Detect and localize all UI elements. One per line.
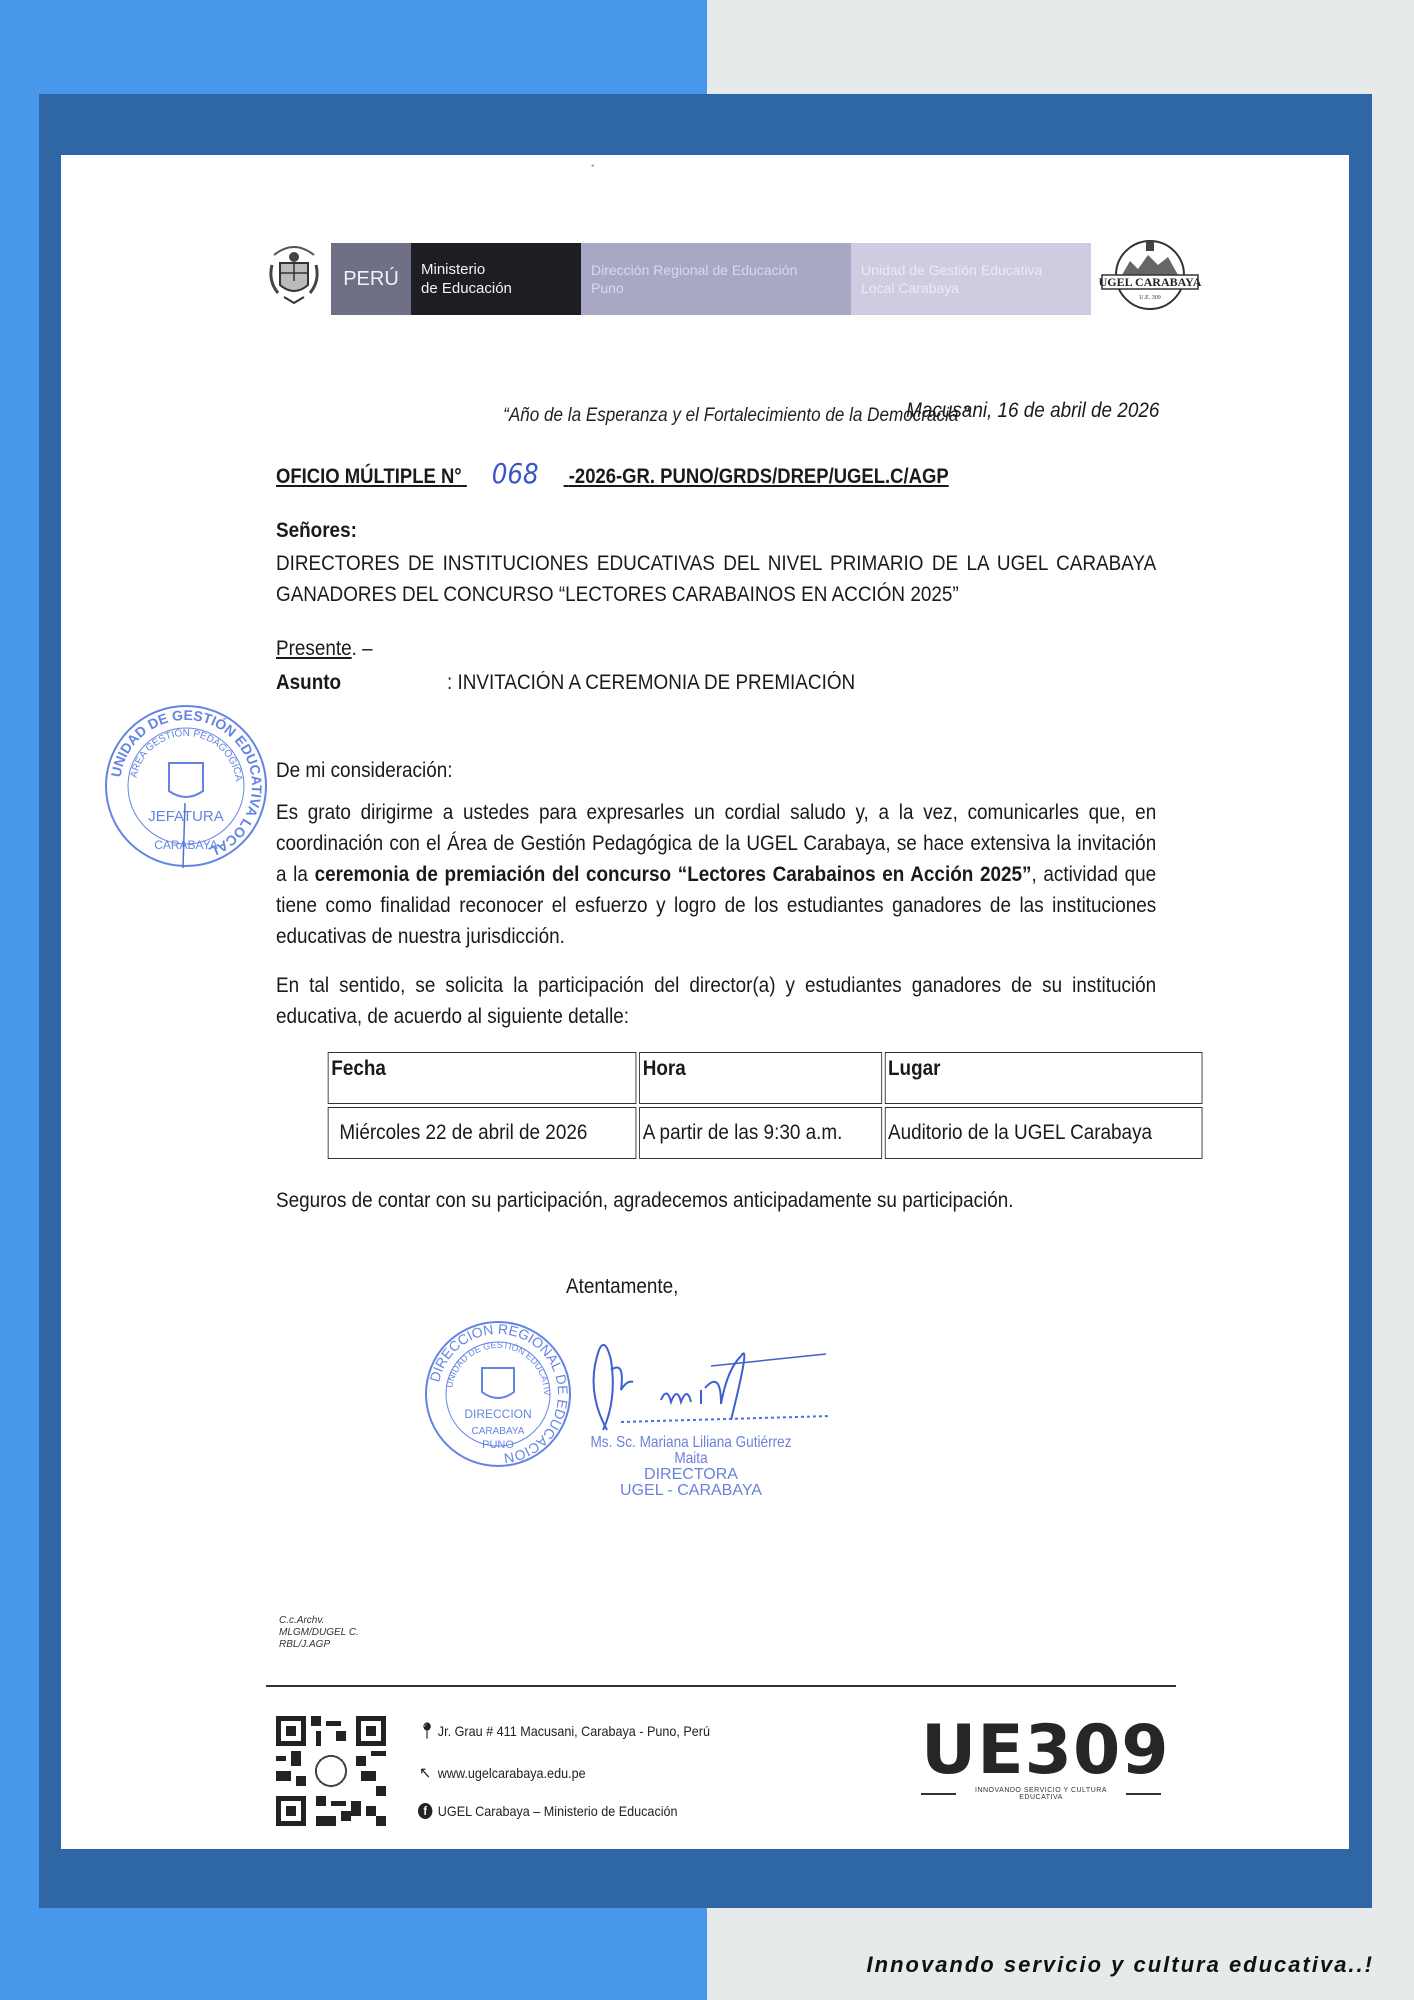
footer-website[interactable]: ↖ www.ugelcarabaya.edu.pe: [418, 1763, 586, 1783]
document-page: • PERÚ Ministerio de Educación Dirección…: [61, 155, 1349, 1849]
oficio-number: 068: [467, 457, 564, 490]
ugel-line1: Unidad de Gestión Educativa: [861, 261, 1091, 279]
farewell: Atentamente,: [566, 1275, 678, 1299]
presente-word: Presente: [276, 637, 352, 660]
signatory-office: UGEL - CARABAYA: [561, 1483, 821, 1499]
stamp-left-bottom: CARABAYA: [154, 838, 218, 852]
table-cell-time: A partir de las 9:30 a.m.: [639, 1107, 882, 1159]
ugel-logo-text: UGEL CARABAYA: [1099, 275, 1202, 289]
table-header: Fecha: [328, 1052, 637, 1104]
paragraph-1: Es grato dirigirme a ustedes para expres…: [276, 797, 1156, 952]
addressee: DIRECTORES DE INSTITUCIONES EDUCATIVAS D…: [276, 548, 1156, 610]
banner-dre: Dirección Regional de Educación Puno: [581, 243, 851, 315]
signatory-name: Ms. Sc. Mariana Liliana Gutiérrez Maita: [581, 1435, 802, 1467]
coat-of-arms-icon: [266, 241, 322, 307]
subject-value: : INVITACIÓN A CEREMONIA DE PREMIACIÓN: [447, 671, 855, 694]
ue309-logo: UE309: [921, 1715, 1161, 1787]
closing-line: Seguros de contar con su participación, …: [276, 1185, 1156, 1216]
ugel-logo-sub: U.E. 309: [1139, 295, 1161, 301]
address-text: Jr. Grau # 411 Macusani, Carabaya - Puno…: [438, 1723, 710, 1739]
banner-ministry: Ministerio de Educación: [411, 243, 581, 315]
tagline-bar: [1126, 1793, 1161, 1795]
ministry-banner: PERÚ Ministerio de Educación Dirección R…: [331, 243, 1091, 315]
signatory-position: DIRECTORA: [561, 1467, 821, 1483]
page-tagline: Innovando servicio y cultura educativa..…: [867, 1952, 1374, 1978]
website-link[interactable]: www.ugelcarabaya.edu.pe: [438, 1765, 586, 1781]
salutation: Señores:: [276, 515, 1156, 546]
facebook-icon: f: [418, 1803, 432, 1819]
handwritten-signature-icon: [581, 1330, 841, 1440]
signatory-block: Ms. Sc. Mariana Liliana Gutiérrez Maita …: [561, 1435, 821, 1499]
dre-line1: Dirección Regional de Educación: [591, 261, 851, 279]
footer-address: 📍︎ Jr. Grau # 411 Macusani, Carabaya - P…: [418, 1721, 710, 1741]
ue309-tagline: INNOVANDO SERVICIO Y CULTURA EDUCATIVA: [962, 1787, 1119, 1801]
table-cell-place: Auditorio de la UGEL Carabaya: [884, 1107, 1202, 1159]
cc-line: RBL/J.AGP: [279, 1639, 359, 1651]
carbon-copy: C.c.Archv. MLGM/DUGEL C. RBL/J.AGP: [279, 1615, 359, 1651]
place-date: Macusani, 16 de abril de 2026: [906, 399, 1159, 423]
facebook-text: UGEL Carabaya – Ministerio de Educación: [438, 1803, 678, 1819]
table-cell-date: Miércoles 22 de abril de 2026: [328, 1107, 637, 1159]
map-pin-icon: 📍︎: [418, 1721, 432, 1741]
stamp-sig-center: DIRECCION: [464, 1407, 531, 1421]
letterhead: PERÚ Ministerio de Educación Dirección R…: [266, 235, 1206, 315]
stamp-sig-bottom2: PUNO: [482, 1439, 514, 1451]
oficio-reference: OFICIO MÚLTIPLE N° 068 -2026-GR. PUNO/GR…: [276, 457, 949, 490]
footer-facebook[interactable]: f UGEL Carabaya – Ministerio de Educació…: [418, 1803, 678, 1819]
event-details-table: Fecha Hora Lugar Miércoles 22 de abril d…: [325, 1049, 1205, 1162]
ugel-carabaya-logo-icon: UGEL CARABAYA U.E. 309: [1096, 235, 1204, 315]
table-header-row: Fecha Hora Lugar: [328, 1052, 1203, 1104]
table-header: Lugar: [884, 1052, 1202, 1104]
subject-label: Asunto: [276, 667, 447, 698]
presente-suffix: . –: [352, 637, 373, 660]
stamp-sig-bottom1: CARABAYA: [472, 1426, 525, 1437]
table-header: Hora: [639, 1052, 882, 1104]
presente-line: Presente. –: [276, 633, 1156, 664]
footer-divider: [266, 1685, 1176, 1687]
ugel-line2: Local Carabaya: [861, 279, 1091, 297]
jefatura-stamp-icon: UNIDAD DE GESTIÓN EDUCATIVA LOCAL ÁREA G…: [103, 703, 269, 869]
tagline-bar: [921, 1793, 956, 1795]
paragraph-2: En tal sentido, se solicita la participa…: [276, 970, 1156, 1032]
oficio-suffix: -2026-GR. PUNO/GRDS/DREP/UGEL.C/AGP: [569, 465, 949, 488]
ministry-line1: Ministerio: [421, 260, 581, 279]
table-row: Miércoles 22 de abril de 2026 A partir d…: [328, 1107, 1203, 1159]
dre-line2: Puno: [591, 279, 851, 297]
direccion-stamp-icon: DIRECCIÓN REGIONAL DE EDUCACIÓN UNIDAD D…: [424, 1320, 572, 1468]
stamp-left-center: JEFATURA: [148, 808, 224, 825]
scan-mark: •: [591, 161, 597, 167]
ue309-brand: UE309 INNOVANDO SERVICIO Y CULTURA EDUCA…: [921, 1715, 1161, 1801]
consideration: De mi consideración:: [276, 755, 1156, 786]
paragraph-1-bold: ceremonia de premiación del concurso “Le…: [315, 863, 1032, 886]
ministry-line2: de Educación: [421, 279, 581, 298]
oficio-prefix: OFICIO MÚLTIPLE N°: [276, 465, 462, 488]
cc-line: C.c.Archv.: [279, 1615, 359, 1627]
banner-ugel: Unidad de Gestión Educativa Local Caraba…: [851, 243, 1091, 315]
subject-line: Asunto: INVITACIÓN A CEREMONIA DE PREMIA…: [276, 667, 1156, 698]
cursor-icon: ↖: [418, 1763, 432, 1783]
cc-line: MLGM/DUGEL C.: [279, 1627, 359, 1639]
banner-country: PERÚ: [331, 243, 411, 315]
qr-code-icon[interactable]: [276, 1716, 386, 1826]
